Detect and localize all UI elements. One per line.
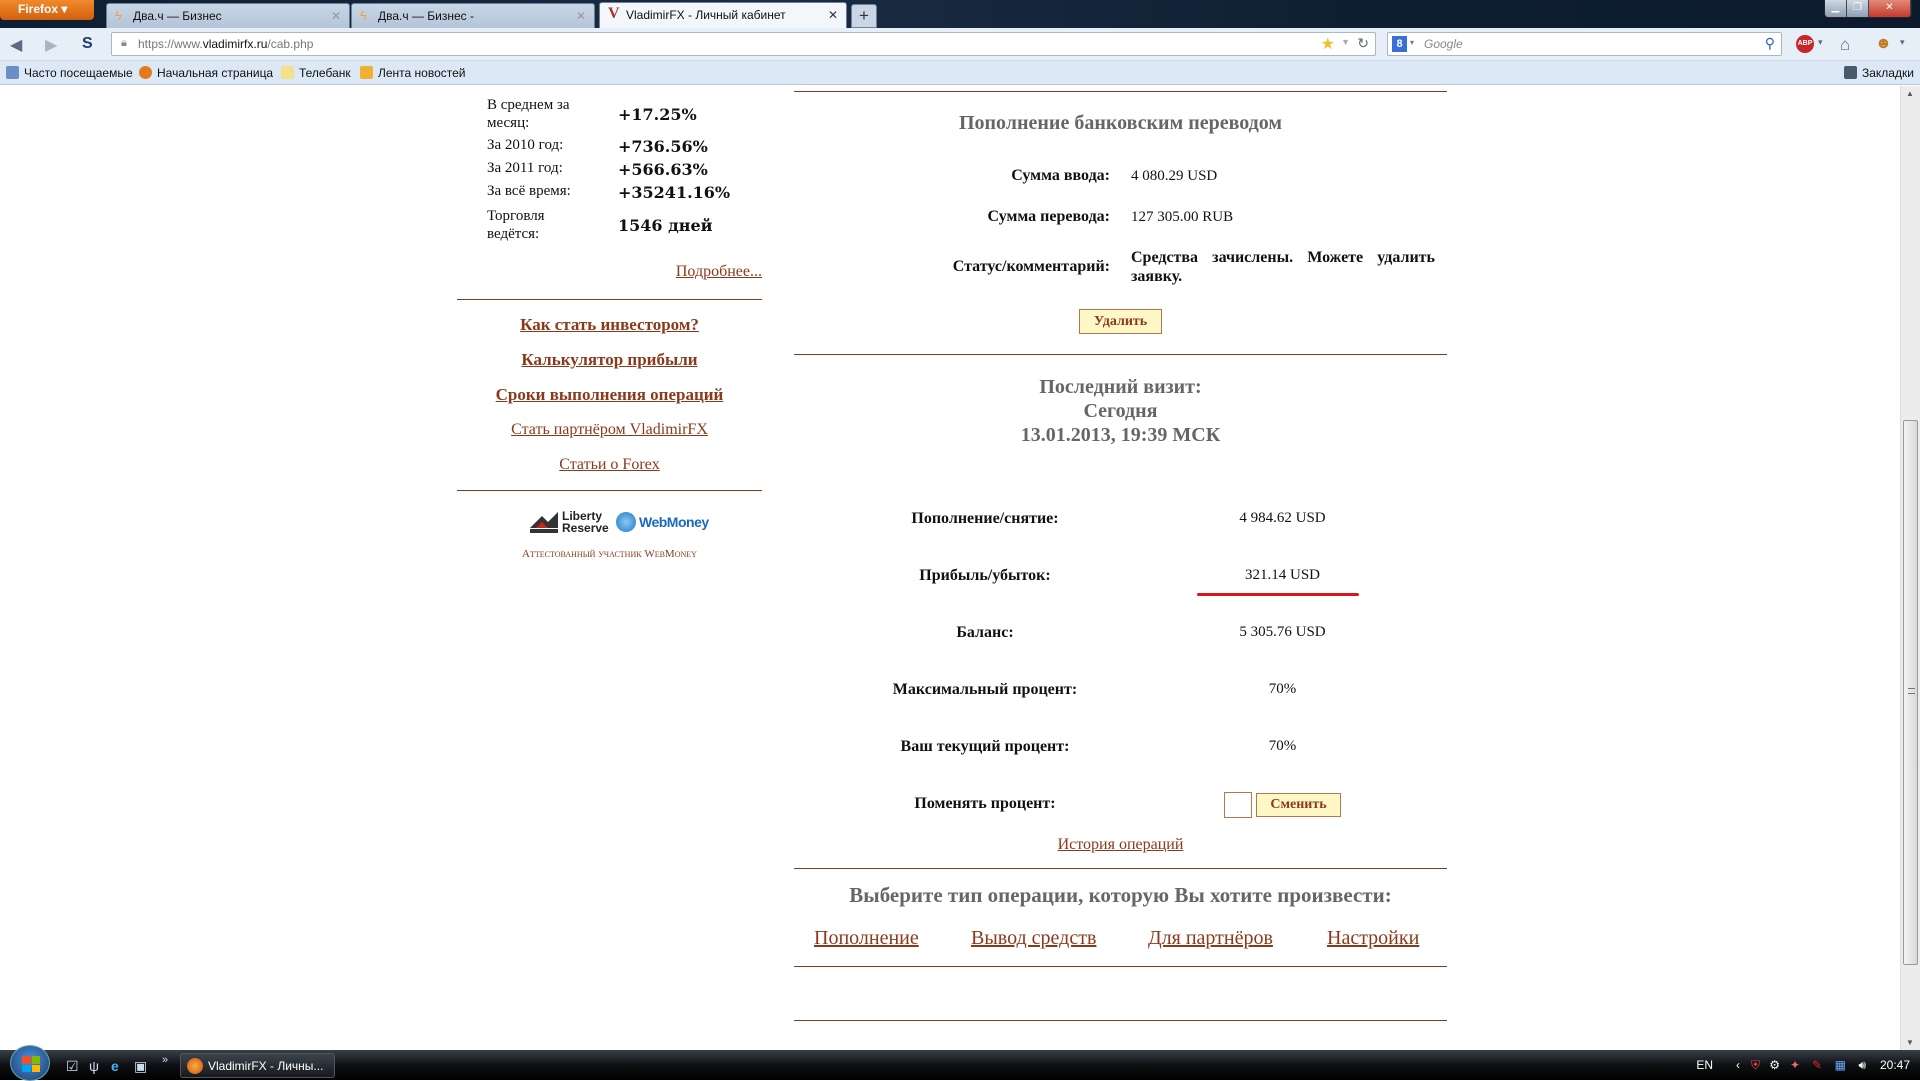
stat-value: +566.63% [618, 160, 708, 179]
network-icon[interactable]: ▦ [1835, 1058, 1846, 1072]
folder-icon [281, 66, 294, 79]
stat-value: +736.56% [618, 137, 708, 156]
history-dropdown-icon[interactable]: ▼ [1341, 37, 1350, 47]
google-icon[interactable]: 8 [1392, 36, 1407, 52]
divider [794, 966, 1447, 967]
delete-button[interactable]: Удалить [1079, 309, 1162, 334]
url-bar[interactable]: 🔒︎ https://www.vladimirfx.ru/cab.php ★ ▼… [111, 32, 1376, 56]
scrollbar-thumb[interactable] [1903, 420, 1918, 965]
chevron-down-icon[interactable]: ▾ [1410, 38, 1414, 47]
operations-title: Выберите тип операции, которую Вы хотите… [794, 883, 1447, 908]
webmoney-globe-icon [616, 512, 636, 532]
balance-value: 5 305.76 USD [1180, 624, 1385, 641]
windows-logo-icon [22, 1056, 40, 1072]
clock[interactable]: 20:47 [1880, 1058, 1910, 1072]
language-indicator[interactable]: EN [1696, 1058, 1713, 1072]
payment-logos: Liberty Reserve WebMoney [530, 510, 709, 534]
deposit-withdraw-label: Пополнение/снятие: [820, 510, 1150, 528]
close-tab-icon[interactable]: ✕ [576, 9, 586, 23]
firefox-icon [139, 66, 152, 79]
taskbar-firefox-button[interactable]: VladimirFX - Личны... [180, 1053, 335, 1078]
stat-value: 1546 дней [618, 216, 713, 235]
divider [794, 354, 1447, 355]
search-icon[interactable]: ⚲ [1765, 35, 1775, 52]
webmoney-attestation: Аттестованный участник WebMoney [457, 548, 762, 560]
more-quicklaunch-icon[interactable]: » [162, 1054, 168, 1066]
stat-label: За всё время: [487, 183, 571, 200]
forex-articles-link[interactable]: Статьи о Forex [457, 456, 762, 474]
more-details-link[interactable]: Подробнее... [600, 263, 762, 281]
rss-icon [360, 66, 373, 79]
scroll-down-icon[interactable]: ▼ [1906, 1038, 1914, 1047]
sync-icon[interactable]: S [82, 35, 93, 53]
switch-windows-icon[interactable]: ▣ [134, 1058, 147, 1075]
how-to-invest-link[interactable]: Как стать инвестором? [457, 315, 762, 335]
stat-label: Торговля ведётся: [487, 207, 577, 243]
change-button[interactable]: Сменить [1256, 793, 1341, 817]
stat-label: В среднем за месяц: [487, 96, 607, 132]
pdf-app-icon[interactable]: ✎ [1812, 1058, 1822, 1072]
chevron-down-icon[interactable]: ▾ [1818, 37, 1823, 48]
profit-loss-value: 321.14 USD [1180, 567, 1385, 584]
grip-icon [1908, 688, 1915, 694]
close-tab-icon[interactable]: ✕ [331, 9, 341, 23]
search-bar[interactable]: 8 ▾ Google ⚲ [1387, 32, 1782, 56]
divider [457, 299, 762, 300]
tab-vladimirfx[interactable]: V VladimirFX - Личный кабинет ✕ [599, 2, 847, 28]
close-window-button[interactable]: ✕ [1869, 0, 1911, 17]
bookmarks-toolbar: Часто посещаемые Начальная страница Теле… [0, 61, 1920, 85]
window-controls: ▁ ❐ ✕ [1824, 0, 1912, 18]
bookmark-telebank[interactable]: Телебанк [281, 66, 351, 80]
bookmark-most-visited[interactable]: Часто посещаемые [6, 66, 133, 80]
page-scrollbar[interactable]: ▲ ▼ [1900, 86, 1920, 1050]
deposit-amount-label: Сумма ввода: [860, 167, 1110, 185]
reload-icon[interactable]: ↻ [1357, 35, 1369, 52]
search-folder-icon [6, 66, 19, 79]
divider [794, 1020, 1447, 1021]
greasemonkey-icon[interactable]: ☻ [1875, 35, 1892, 53]
tab-dvach-2[interactable]: ϟ Два.ч — Бизнес - ✕ [351, 3, 595, 28]
divider [457, 490, 762, 491]
divider [794, 91, 1447, 92]
op-partners-link[interactable]: Для партнёров [1148, 927, 1273, 950]
deposit-title: Пополнение банковским переводом [794, 112, 1447, 135]
windows-taskbar: ☑ ψ e ▣ » VladimirFX - Личны... EN ‹ ⛨ ⚙… [0, 1050, 1920, 1080]
navigation-toolbar: ◀ ▶ S 🔒︎ https://www.vladimirfx.ru/cab.p… [0, 28, 1920, 61]
profit-loss-label: Прибыль/убыток: [820, 567, 1150, 585]
last-visit-label: Последний визит: [794, 375, 1447, 399]
stat-value: +17.25% [618, 105, 697, 124]
divider [794, 868, 1447, 869]
stat-label: За 2011 год: [487, 160, 563, 177]
tab-dvach-1[interactable]: ϟ Два.ч — Бизнес ✕ [106, 3, 350, 28]
star-icon [1844, 66, 1857, 79]
network-app-icon[interactable]: ✦ [1790, 1058, 1800, 1072]
new-tab-button[interactable]: + [851, 4, 877, 28]
deposit-withdraw-value: 4 984.62 USD [1180, 510, 1385, 527]
bookmarks-menu-button[interactable]: Закладки [1844, 66, 1914, 80]
stat-value: +35241.16% [618, 183, 730, 202]
stat-label: За 2010 год: [487, 137, 563, 154]
become-partner-link[interactable]: Стать партнёром VladimirFX [457, 421, 762, 439]
steam-icon[interactable]: ⚙ [1769, 1058, 1780, 1072]
op-deposit-link[interactable]: Пополнение [814, 927, 919, 950]
restore-button[interactable]: ❐ [1847, 0, 1869, 17]
status-value: Средства зачислены. Можете удалить заявк… [1131, 248, 1435, 286]
last-visit-day: Сегодня [794, 399, 1447, 423]
psi-icon[interactable]: ψ [89, 1058, 99, 1074]
transfer-amount-label: Сумма перевода: [860, 208, 1110, 226]
bookmark-star-icon[interactable]: ★ [1321, 34, 1335, 54]
firefox-icon [187, 1058, 203, 1074]
highlight-underline [1197, 593, 1359, 596]
show-hidden-icons[interactable]: ‹ [1736, 1058, 1740, 1072]
op-withdraw-link[interactable]: Вывод средств [971, 927, 1096, 950]
adblock-icon[interactable]: ABP [1796, 35, 1814, 53]
scroll-up-icon[interactable]: ▲ [1906, 89, 1914, 98]
lightning-icon: ϟ [115, 8, 122, 23]
percent-input[interactable] [1224, 792, 1252, 818]
bookmark-news-feed[interactable]: Лента новостей [360, 66, 466, 80]
page-content: В среднем за месяц: +17.25% За 2010 год:… [0, 86, 1900, 1050]
profit-calculator-link[interactable]: Калькулятор прибыли [457, 350, 762, 370]
max-percent-value: 70% [1180, 681, 1385, 698]
home-icon[interactable]: ⌂ [1840, 35, 1850, 55]
security-shield-icon[interactable]: ⛨ [1751, 1058, 1760, 1073]
volume-icon[interactable]: 🔊︎ [1858, 1058, 1866, 1073]
back-icon[interactable]: ◀ [10, 35, 22, 55]
balance-label: Баланс: [820, 624, 1150, 642]
last-visit-datetime: 13.01.2013, 19:39 МСК [794, 423, 1447, 447]
deposit-amount-value: 4 080.29 USD [1131, 168, 1217, 185]
liberty-reserve-logo-icon [530, 510, 560, 534]
op-settings-link[interactable]: Настройки [1327, 927, 1419, 950]
current-percent-value: 70% [1180, 738, 1385, 755]
minimize-button[interactable]: ▁ [1825, 0, 1847, 17]
status-label: Статус/комментарий: [860, 258, 1110, 276]
lock-icon: 🔒︎ [121, 37, 127, 50]
show-desktop-icon[interactable]: ☑ [66, 1058, 79, 1075]
change-percent-label: Поменять процент: [820, 795, 1150, 813]
transfer-amount-value: 127 305.00 RUB [1131, 209, 1233, 226]
bookmark-start-page[interactable]: Начальная страница [139, 66, 273, 80]
chevron-down-icon[interactable]: ▾ [1900, 37, 1905, 48]
firefox-menu-button[interactable]: Firefox ▾ [0, 0, 94, 20]
lightning-icon: ϟ [360, 8, 367, 23]
operations-history-link[interactable]: История операций [794, 836, 1447, 854]
internet-explorer-icon[interactable]: e [111, 1058, 119, 1074]
vladimirfx-logo-icon: V [608, 5, 620, 23]
liberty-reserve-label: Liberty Reserve [562, 510, 608, 534]
start-button[interactable] [10, 1045, 50, 1080]
max-percent-label: Максимальный процент: [820, 681, 1150, 699]
webmoney-label: WebMoney [639, 514, 709, 530]
current-percent-label: Ваш текущий процент: [820, 738, 1150, 756]
operation-terms-link[interactable]: Сроки выполнения операций [457, 385, 762, 405]
browser-titlebar: Firefox ▾ ϟ Два.ч — Бизнес ✕ ϟ Два.ч — Б… [0, 0, 1920, 28]
close-tab-icon[interactable]: ✕ [828, 8, 838, 22]
forward-icon[interactable]: ▶ [45, 35, 57, 55]
